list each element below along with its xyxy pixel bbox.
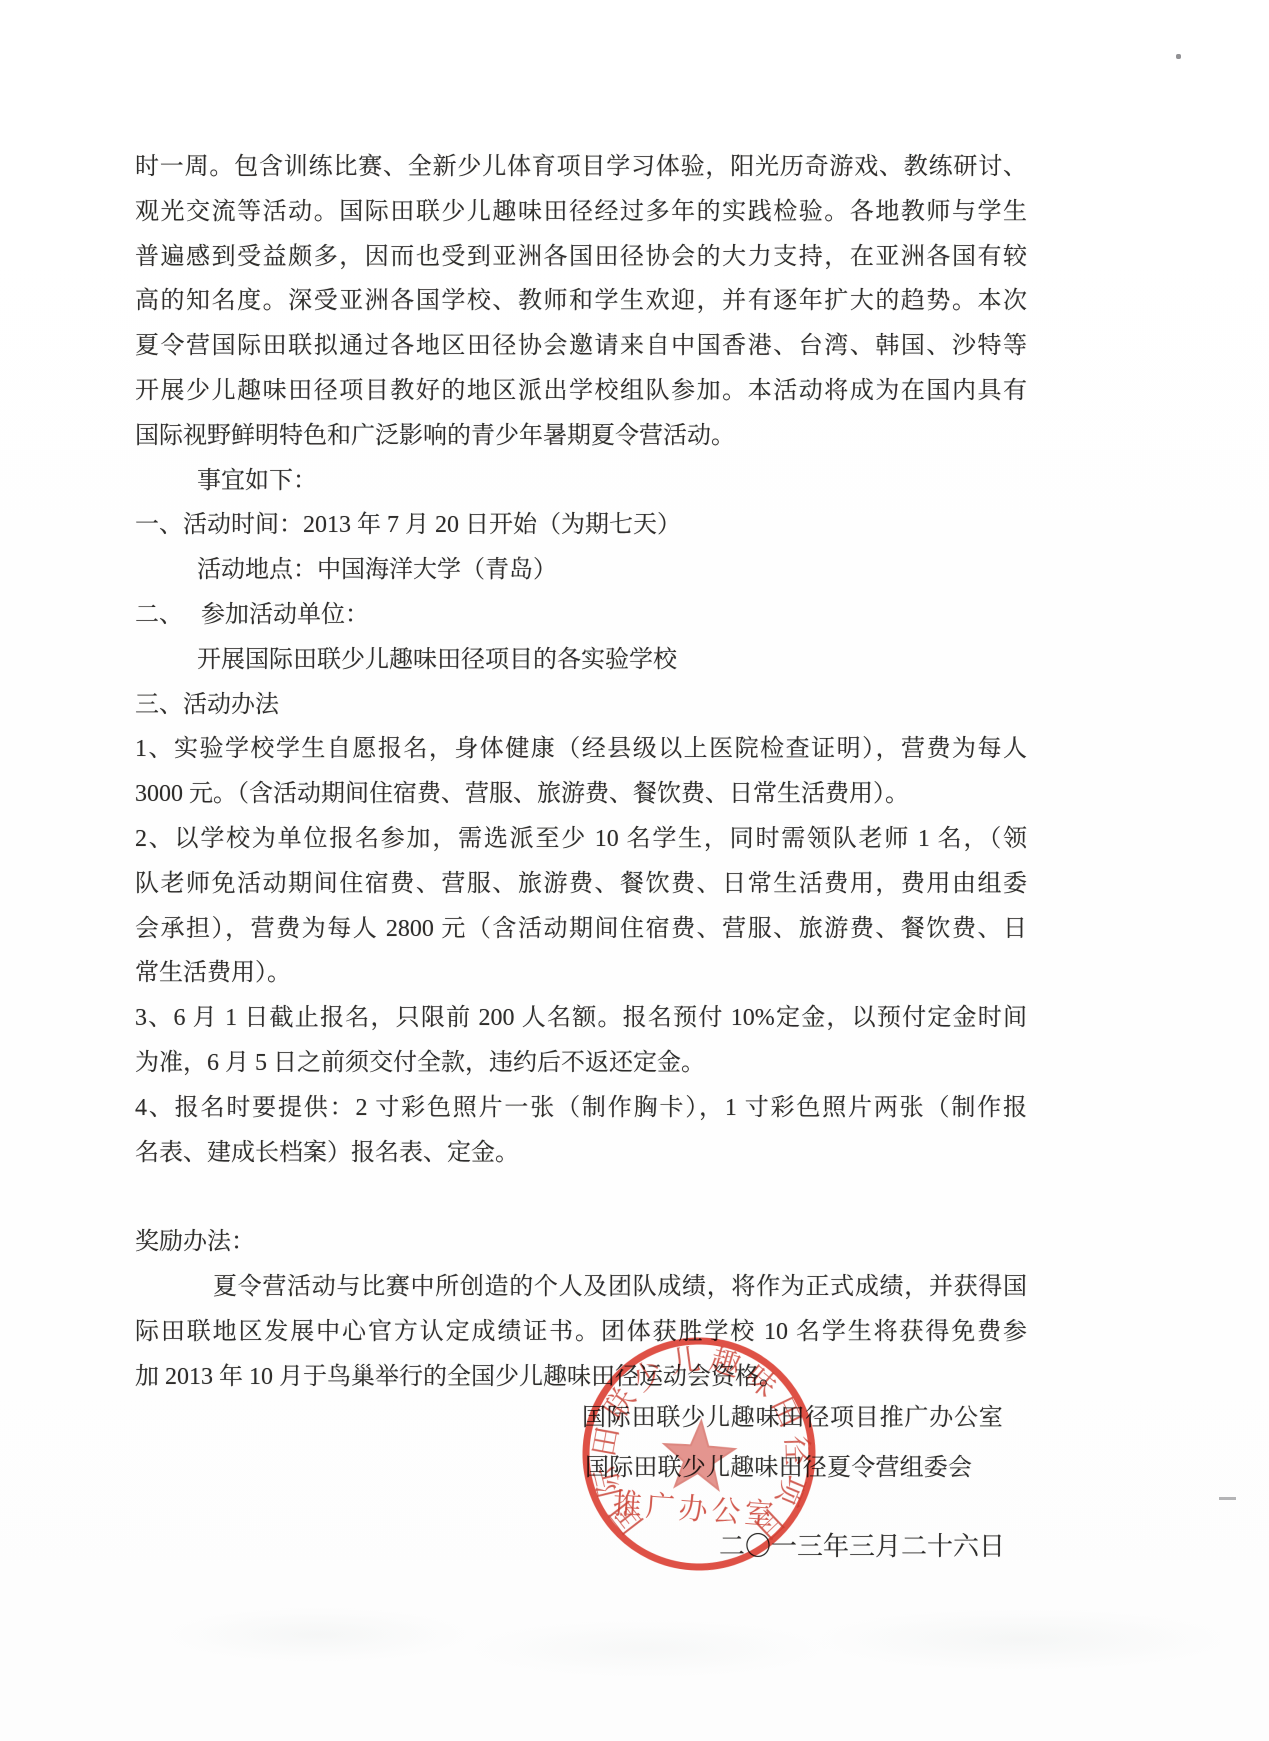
- scanned-document-page: 时一周。包含训练比赛、全新少儿体育项目学习体验，阳光历奇游戏、教练研讨、观光交流…: [0, 0, 1269, 1741]
- scan-dash-artifact: [1219, 1497, 1236, 1500]
- text-line: 夏令营国际田联拟通过各地区田径协会邀请来自中国香港、台湾、韩国、沙特等: [135, 324, 1027, 369]
- text-line: 3000 元。（含活动期间住宿费、营服、旅游费、餐饮费、日常生活费用）。: [135, 772, 1027, 817]
- text-line: 一、活动时间：2013 年 7 月 20 日开始（为期七天）: [135, 503, 1027, 548]
- text-line: 际田联地区发展中心官方认定成绩证书。团体获胜学校 10 名学生将获得免费参: [135, 1310, 1027, 1355]
- text-line: 普遍感到受益颇多，因而也受到亚洲各国田径协会的大力支持，在亚洲各国有较: [135, 235, 1027, 280]
- text-line: 2、以学校为单位报名参加，需选派至少 10 名学生，同时需领队老师 1 名，（领: [135, 817, 1027, 862]
- text-line: 活动地点：中国海洋大学（青岛）: [135, 548, 1027, 593]
- scan-speck: [1176, 54, 1181, 59]
- text-line: 事宜如下：: [135, 459, 1027, 504]
- document-lines: 时一周。包含训练比赛、全新少儿体育项目学习体验，阳光历奇游戏、教练研讨、观光交流…: [135, 145, 1027, 1399]
- text-line: 二、 参加活动单位：: [135, 593, 1027, 638]
- text-line: 队老师免活动期间住宿费、营服、旅游费、餐饮费、日常生活费用，费用由组委: [135, 862, 1027, 907]
- text-line: 国际视野鲜明特色和广泛影响的青少年暑期夏令营活动。: [135, 414, 1027, 459]
- text-line: 高的知名度。深受亚洲各国学校、教师和学生欢迎，并有逐年扩大的趋势。本次: [135, 279, 1027, 324]
- text-line: 开展国际田联少儿趣味田径项目的各实验学校: [135, 638, 1027, 683]
- text-line: 1、实验学校学生自愿报名，身体健康（经县级以上医院检查证明），营费为每人: [135, 727, 1027, 772]
- scan-smudge: [120, 1598, 1220, 1690]
- text-line: 名表、建成长档案）报名表、定金。: [135, 1131, 1027, 1176]
- text-line: 观光交流等活动。国际田联少儿趣味田径经过多年的实践检验。各地教师与学生: [135, 190, 1027, 235]
- text-line: 会承担），营费为每人 2800 元（含活动期间住宿费、营服、旅游费、餐饮费、日: [135, 907, 1027, 952]
- text-line: 三、活动办法: [135, 683, 1027, 728]
- text-line: 时一周。包含训练比赛、全新少儿体育项目学习体验，阳光历奇游戏、教练研讨、: [135, 145, 1027, 190]
- text-line: 夏令营活动与比赛中所创造的个人及团队成绩，将作为正式成绩，并获得国: [135, 1265, 1027, 1310]
- text-line: 常生活费用）。: [135, 951, 1027, 996]
- text-line: 为准，6 月 5 日之前须交付全款，违约后不返还定金。: [135, 1041, 1027, 1086]
- text-line: 奖励办法：: [135, 1220, 1027, 1265]
- star-icon: [662, 1419, 737, 1491]
- text-line: 3、6 月 1 日截止报名，只限前 200 人名额。报名预付 10%定金，以预付…: [135, 996, 1027, 1041]
- text-line: 4、报名时要提供：2 寸彩色照片一张（制作胸卡），1 寸彩色照片两张（制作报: [135, 1086, 1027, 1131]
- official-stamp: 国际田联少儿趣味田径项目 推广办公室: [568, 1323, 831, 1586]
- text-line: 开展少儿趣味田径项目教好的地区派出学校组队参加。本活动将成为在国内具有: [135, 369, 1027, 414]
- blank-line: [135, 1175, 1027, 1220]
